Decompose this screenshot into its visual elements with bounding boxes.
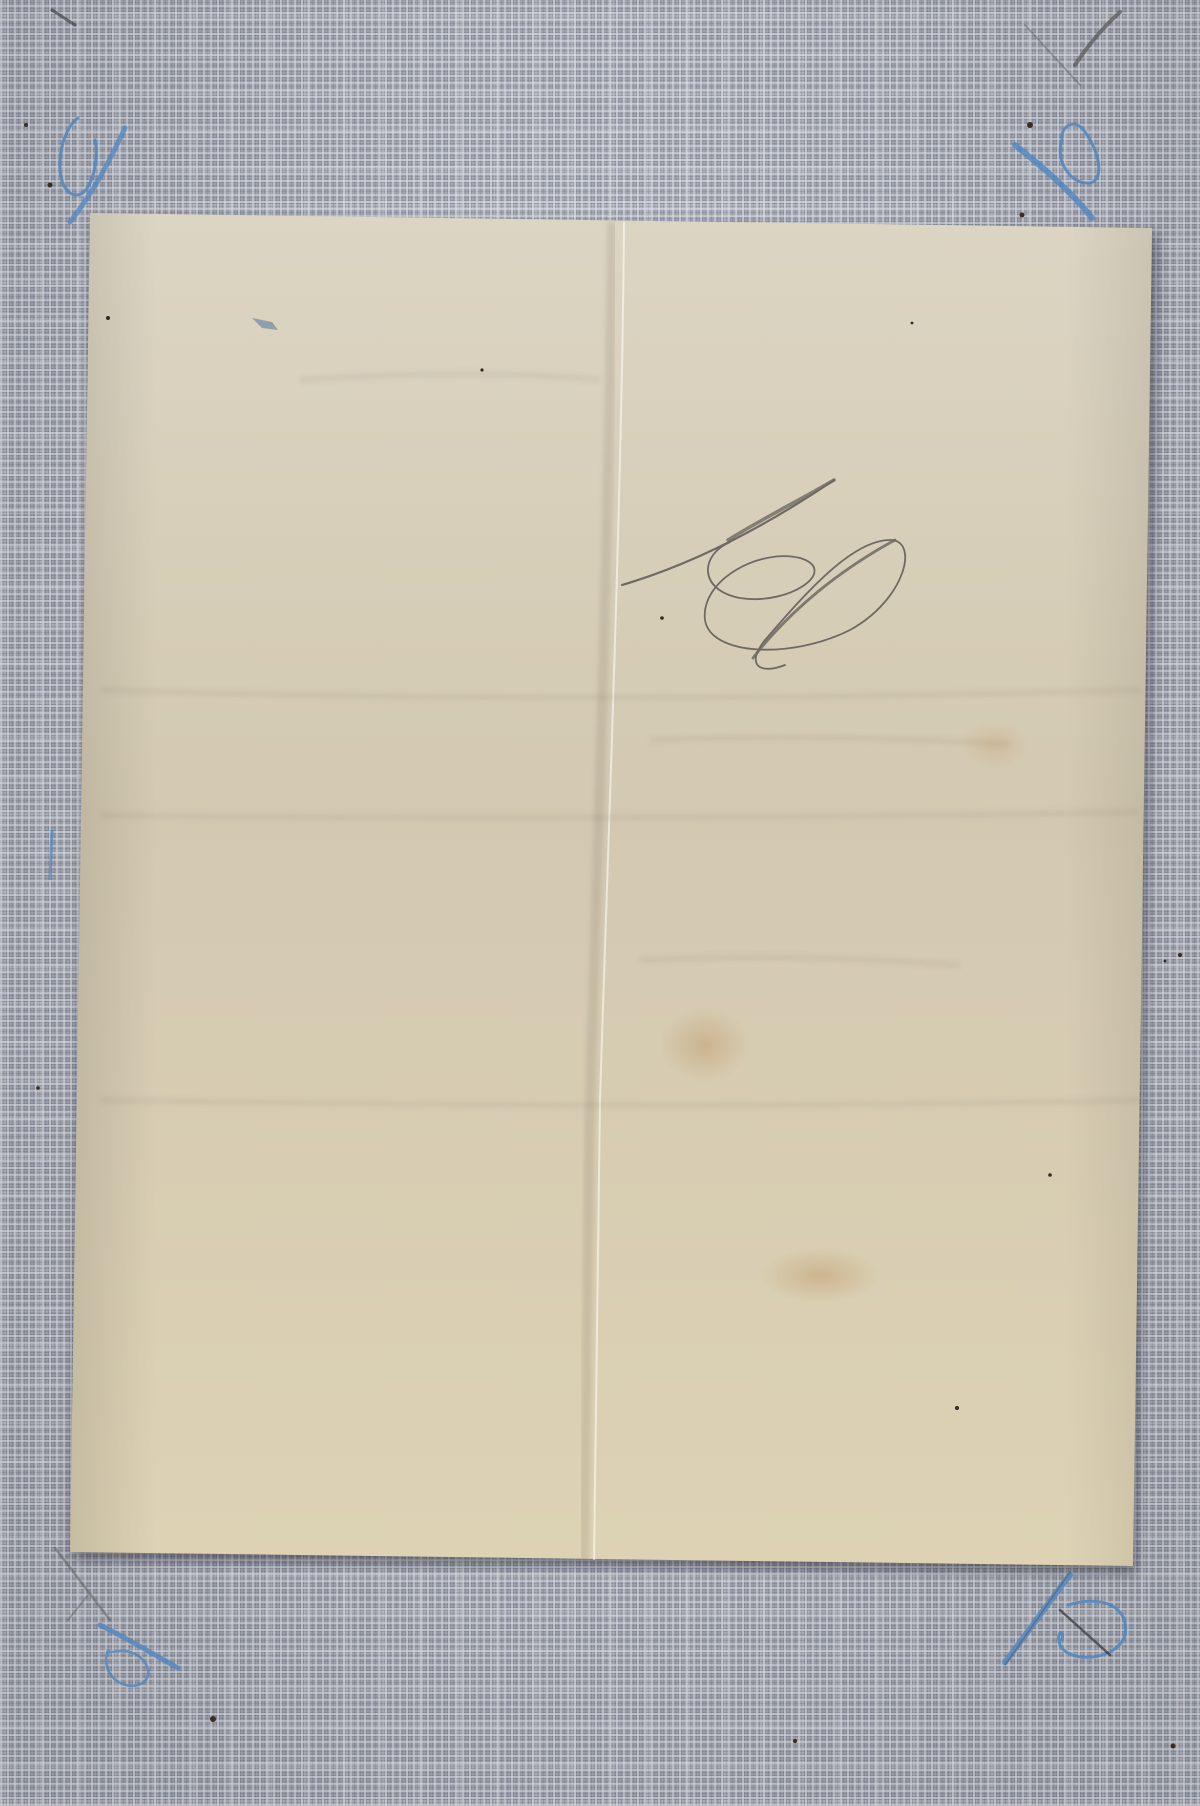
scene-overlay: Reverse side of an aged, folded paper sh… (0, 0, 1200, 1806)
